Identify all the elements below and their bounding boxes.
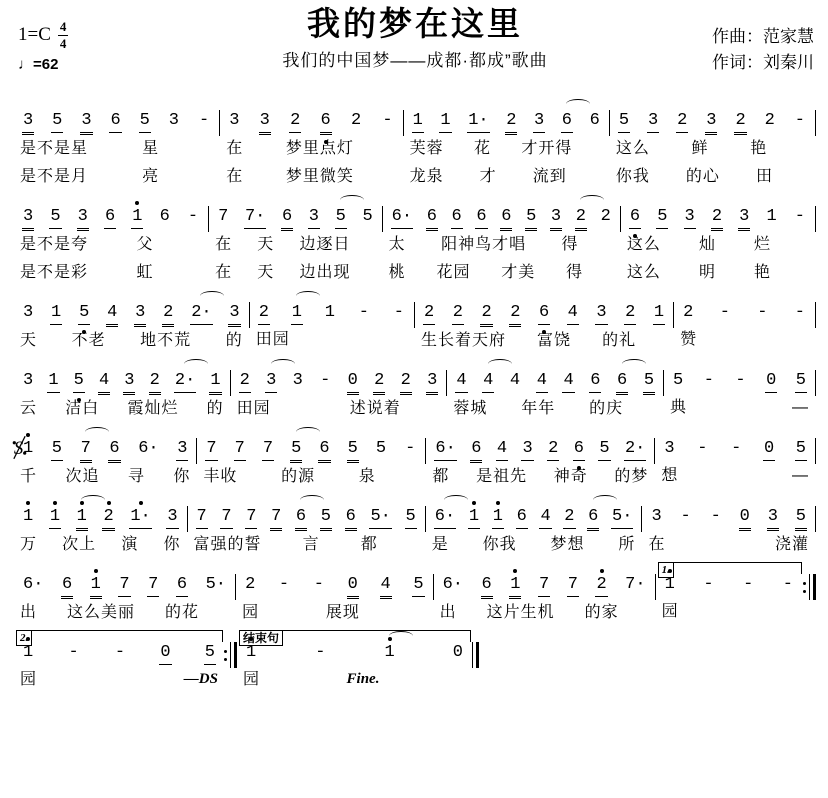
notes-row: 6·617765· <box>14 575 235 599</box>
note: 2 <box>423 303 435 325</box>
duration-dash: - <box>277 575 291 595</box>
note-digit: 2 <box>162 303 174 327</box>
note: 5 <box>335 207 347 229</box>
measure: 353616-是不是夸父是不是彩虹 <box>14 194 208 287</box>
notes-row: 653231- <box>621 207 815 231</box>
note-digit: 2 <box>452 303 464 325</box>
lyrics-row: 蓉城年年的庆 <box>447 395 663 423</box>
barline-single <box>815 206 816 232</box>
note: 2 <box>350 111 362 132</box>
lyric-syllable: 的梦 <box>614 466 648 491</box>
note: 4 <box>482 371 494 393</box>
note: 6 <box>318 439 330 463</box>
note: 2 <box>239 371 251 393</box>
system: 353616-是不是夸父是不是彩虹77·6355在天边逐日在天边出现6·6666… <box>14 194 816 287</box>
slur-arc <box>340 195 364 205</box>
duration-dash: - <box>197 111 211 131</box>
note-digit: 3 <box>292 371 304 392</box>
note: 3 <box>168 111 180 132</box>
note-digit: 3 <box>123 371 135 395</box>
note-digit: 4 <box>98 371 110 395</box>
note: 6 <box>295 507 307 531</box>
measure: 77776565·5富强的誓言都 <box>188 494 425 559</box>
lyric-syllable: 太 <box>389 234 406 259</box>
measure: 3154322·3天不老地不荒的 <box>14 290 249 355</box>
slur-arc <box>300 495 324 505</box>
lyric-syllable: 演 <box>121 534 138 559</box>
note: 7 <box>196 507 208 529</box>
lyric-syllable: 艳 <box>750 138 767 163</box>
note-digit: 5· <box>205 575 227 596</box>
octave-dot-low <box>633 234 637 238</box>
barline-thick <box>476 642 479 668</box>
note-digit: 3 <box>80 111 92 135</box>
note: 4 <box>98 371 110 395</box>
note: 3 <box>228 303 240 327</box>
note-digit: 3 <box>663 439 675 460</box>
slur-arc <box>622 359 646 369</box>
notes-row: 2--045 <box>236 575 433 599</box>
notes-row: 5--05 <box>664 371 815 394</box>
lyric-syllable: 的礼 <box>602 330 636 355</box>
note-digit: 5 <box>78 303 90 325</box>
note-digit: 5 <box>290 439 302 463</box>
note: 1 <box>492 507 504 529</box>
lyric-syllable: 这么 <box>616 138 650 163</box>
measure: 211--田园 <box>250 290 414 355</box>
lyrics-row: 是不是彩虹 <box>14 259 208 287</box>
lyric-syllable: 次上 <box>62 534 96 559</box>
repeat-dots <box>224 642 227 668</box>
note-digit: 1 <box>47 371 59 393</box>
note-digit: 5 <box>795 507 807 531</box>
note-digit: 7 <box>538 575 550 597</box>
note-digit: 6 <box>475 207 487 229</box>
note: 4 <box>536 371 548 393</box>
measure: 111·2366芙蓉花才开得龙泉才流到 <box>404 98 609 191</box>
barline-single <box>815 110 816 136</box>
note: 3 <box>22 207 34 231</box>
octave-dot-high <box>513 569 517 573</box>
note-digit: 2 <box>423 303 435 325</box>
note: 5 <box>139 111 151 133</box>
measure: 15766·3千次追寻你 <box>14 426 196 491</box>
note: 2 <box>764 111 776 132</box>
lyric-syllable: 富强的誓 <box>194 534 262 559</box>
barline-final <box>472 642 479 668</box>
measure: 653231-这么灿烂这么明艳 <box>621 194 815 287</box>
lyrics-row: 芙蓉花才开得 <box>404 135 609 163</box>
song-subtitle: 我们的中国梦——成都·都成”歌曲 <box>14 46 816 71</box>
note-digit: 7 <box>196 507 208 529</box>
note: 5 <box>290 439 302 463</box>
note: 2 <box>509 303 521 327</box>
measure: 结束句1-10园Fine. <box>237 630 472 694</box>
measure: 222264321生长着天府富饶的礼 <box>415 290 673 355</box>
note-digit: 2 <box>258 303 270 325</box>
note: 7 <box>245 507 257 529</box>
note-digit: 4 <box>536 371 548 393</box>
note: 2 <box>595 575 607 597</box>
barline-thin <box>230 642 231 668</box>
lyric-syllable: 田园 <box>237 398 271 423</box>
octave-dot-high <box>139 501 143 505</box>
measure: 233-0223田园述说着 <box>231 358 447 423</box>
header: 1=C 4 4 ♩=62 我的梦在这里 我们的中国梦——成都·都成”歌曲 作曲：… <box>14 4 816 96</box>
note-digit: 2 <box>239 371 251 393</box>
note: 2 <box>676 111 688 133</box>
notes-row: 1--05 <box>14 643 224 666</box>
lyrics-row: 是不是星星 <box>14 135 219 163</box>
note-digit: 0 <box>765 371 777 393</box>
note-digit: 2 <box>734 111 746 135</box>
note: 2 <box>682 303 694 324</box>
lyric-syllable: 赞 <box>680 329 697 354</box>
note: 4 <box>496 439 508 461</box>
note: 6 <box>616 371 628 395</box>
note: 1 <box>50 303 62 325</box>
lyric-syllable: 浇灌 <box>775 534 809 559</box>
note: 4 <box>455 371 467 393</box>
note: 7 <box>147 575 159 597</box>
octave-dot-high <box>600 569 604 573</box>
octave-dot-high <box>26 637 30 641</box>
system: 353653-是不是星星是不是月亮33262-在梦里点灯在梦里微笑111·236… <box>14 98 816 191</box>
note-digit: 7 <box>217 207 229 228</box>
measure: 532322-这么鲜艳你我的心田 <box>610 98 815 191</box>
note-digit: 6 <box>589 111 601 132</box>
octave-dot-high <box>26 433 30 437</box>
lyric-syllable: 田 <box>756 166 773 191</box>
note: 3 <box>738 207 750 231</box>
note: 6· <box>434 507 456 529</box>
barline-thin <box>815 438 816 464</box>
note-digit: 3 <box>521 439 533 461</box>
barline-thick <box>813 574 816 600</box>
lyric-syllable: 在 <box>226 138 243 163</box>
time-denominator: 4 <box>58 36 69 51</box>
note: 2 <box>244 575 256 596</box>
lyric-syllable: 述说着 <box>350 398 401 423</box>
note-digit: 2 <box>563 507 575 529</box>
measure: 5--05典— <box>664 358 815 423</box>
note: 6 <box>176 575 188 597</box>
note-digit: 3 <box>22 111 34 135</box>
duration-dash: - <box>701 575 715 595</box>
note-digit: 6 <box>159 207 171 228</box>
note: 6· <box>442 575 464 596</box>
note: 3 <box>259 111 271 135</box>
duration-dash: - <box>733 371 747 391</box>
note: 2 <box>480 303 492 327</box>
note: 5 <box>73 371 85 393</box>
note-digit: 6 <box>426 207 438 231</box>
lyric-syllable: 是 <box>432 534 449 559</box>
note-digit: 3 <box>176 439 188 461</box>
lyric-syllable: 才美 <box>501 262 535 287</box>
note: 7 <box>538 575 550 597</box>
repeat-dot <box>803 590 806 593</box>
lyrics-row: 出这么美丽的花 <box>14 599 235 627</box>
song-title: 我的梦在这里 <box>14 4 816 44</box>
duration-dash: - <box>113 643 127 663</box>
note: 6 <box>589 111 601 132</box>
lyric-syllable: 亮 <box>142 166 159 191</box>
lyric-syllable: 都 <box>361 534 378 559</box>
note-digit: 4 <box>455 371 467 393</box>
note-digit: 6 <box>108 439 120 463</box>
note: 7 <box>80 439 92 463</box>
note: 2 <box>711 207 723 231</box>
sheet-music-page: 1=C 4 4 ♩=62 我的梦在这里 我们的中国梦——成都·都成”歌曲 作曲：… <box>0 0 828 798</box>
note: 6 <box>587 507 599 531</box>
note: 2· <box>624 439 646 461</box>
lyric-syllable: 的花 <box>165 602 199 627</box>
note: 3 <box>22 371 34 392</box>
lyric-syllable: 次追 <box>65 466 99 491</box>
note: 0 <box>765 371 777 393</box>
note-digit: 3 <box>308 207 320 229</box>
lyric-syllable: 所 <box>618 534 635 559</box>
lyric-syllable: 万 <box>20 534 37 559</box>
note-digit: 5 <box>347 439 359 463</box>
note: 4 <box>567 303 579 325</box>
note-digit: 4 <box>482 371 494 393</box>
repeat-dot <box>224 650 227 653</box>
note: 3 <box>176 439 188 461</box>
note-digit: 2 <box>711 207 723 231</box>
notes-row: 77·6355 <box>209 207 382 231</box>
note-digit: 1 <box>765 207 777 228</box>
note: 1 <box>384 643 396 664</box>
note: 3 <box>767 507 779 531</box>
lyrics-row: 这么鲜艳 <box>610 135 815 163</box>
note-digit: 5 <box>73 371 85 393</box>
barline-repeat <box>224 642 237 668</box>
note: 6 <box>470 439 482 463</box>
note: 5 <box>525 207 537 231</box>
note: 3 <box>684 207 696 229</box>
note: 0 <box>159 643 171 665</box>
note-digit: 1 <box>324 303 336 324</box>
note: 6 <box>159 207 171 228</box>
octave-dot-low <box>82 330 86 334</box>
note-digit: 6 <box>538 303 550 325</box>
note-digit: 1 <box>209 371 221 395</box>
notes-row: 6·1164265· <box>426 507 642 531</box>
note: 6 <box>426 207 438 231</box>
note-digit: 0 <box>739 507 751 531</box>
note: 6 <box>345 507 357 531</box>
lyrics-row: 天不老地不荒的 <box>14 327 249 355</box>
note: 0 <box>739 507 751 531</box>
note-digit: 2 <box>244 575 256 596</box>
lyrics-row: 典— <box>664 394 815 422</box>
note-digit: 1 <box>22 439 34 460</box>
note-digit: 5 <box>361 207 373 228</box>
notes-row: 6·617727· <box>434 575 655 599</box>
notes-row: 222264321 <box>415 303 673 327</box>
note-digit: 3 <box>228 303 240 327</box>
volta-bracket: 1. <box>658 562 802 574</box>
note-digit: 3 <box>705 111 717 135</box>
note-digit: 2 <box>480 303 492 327</box>
note: 6 <box>109 111 121 133</box>
lyrics-row: 你我的心田 <box>610 163 815 191</box>
note-digit: 3 <box>22 207 34 231</box>
lyricist-credit: 作词：刘秦川 <box>712 50 814 76</box>
lyric-syllable: 地不荒 <box>140 330 191 355</box>
duration-dash: - <box>312 575 326 595</box>
lyric-syllable: 灿 <box>699 234 716 259</box>
lyrics-row: 都是祖先神奇的梦 <box>426 463 654 491</box>
note: 5 <box>51 439 63 461</box>
lyric-syllable: 园 <box>662 601 679 626</box>
lyrics-row: 园—DS <box>14 666 224 694</box>
note-digit: 3 <box>77 207 89 231</box>
note: 7· <box>624 575 646 596</box>
note-digit: 6 <box>481 575 493 599</box>
lyrics-row: 在梦里点灯 <box>220 135 402 163</box>
note-digit: 1 <box>49 507 61 529</box>
note: 3 <box>650 507 662 528</box>
note-digit: 2 <box>676 111 688 133</box>
note: 2 <box>600 207 612 228</box>
key-time-tempo: 1=C 4 4 ♩=62 <box>18 20 68 73</box>
measure: 2--045园展现 <box>236 562 433 627</box>
note-digit: 5 <box>375 439 387 460</box>
lyric-syllable: 在 <box>226 166 243 191</box>
note-digit: 6 <box>295 507 307 531</box>
system: 3154322·1云洁白霞灿烂的233-0223田园述说着44444665蓉城年… <box>14 358 816 423</box>
note-digit: 5 <box>525 207 537 231</box>
lyric-syllable: 得 <box>566 262 583 287</box>
note: 5 <box>49 207 61 229</box>
lyric-syllable: 梦里点灯 <box>286 138 354 163</box>
lyrics-row: 桃花园才美得 <box>383 259 620 287</box>
lyric-syllable: 想 <box>661 465 678 490</box>
note: 1 <box>90 575 102 599</box>
duration-dash: - <box>793 111 807 131</box>
note-digit: 3 <box>738 207 750 231</box>
lyric-syllable: 在 <box>215 234 232 259</box>
note: 3 <box>77 207 89 231</box>
notes-row: 1-10 <box>237 643 472 666</box>
note: 5 <box>795 371 807 393</box>
note: 5 <box>795 507 807 531</box>
lyric-syllable: 芙蓉 <box>410 138 444 163</box>
note-digit: 3 <box>22 303 34 324</box>
note-digit: 1 <box>664 575 676 596</box>
measure: 7775655-丰收的源泉 <box>197 426 425 491</box>
note: 5 <box>78 303 90 325</box>
volta-bracket: 2. <box>16 630 223 642</box>
barline-thin <box>809 574 810 600</box>
lyrics-row: 在天边逐日 <box>209 231 382 259</box>
measure: 11121·3万次上演你 <box>14 494 187 559</box>
note: 5· <box>611 507 633 529</box>
note-digit: 3 <box>228 111 240 132</box>
note-digit: 1 <box>22 643 34 664</box>
note: 5 <box>375 439 387 460</box>
measure: 6·6432652·都是祖先神奇的梦 <box>426 426 654 491</box>
lyrics-row: 田园 <box>250 326 414 354</box>
note: 7 <box>262 439 274 461</box>
notes-row: 3--05 <box>655 439 815 462</box>
lyric-syllable: 梦想 <box>551 534 585 559</box>
note-digit: 2 <box>595 575 607 597</box>
notes-row: 33262- <box>220 111 402 135</box>
slur-arc <box>593 495 617 505</box>
note-digit: 2 <box>682 303 694 324</box>
lyric-syllable: 在 <box>215 262 232 287</box>
note: 6· <box>22 575 44 596</box>
note-digit: 6· <box>22 575 44 596</box>
note-digit: 7 <box>567 575 579 597</box>
barline-thin <box>815 206 816 232</box>
duration-dash: - <box>392 303 406 323</box>
lyrics-row: 是不是月亮 <box>14 163 219 191</box>
duration-dash: - <box>741 575 755 595</box>
note-digit: 0 <box>159 643 171 665</box>
note-digit: 7 <box>262 439 274 461</box>
slur-arc <box>81 495 105 505</box>
note-digit: 6· <box>137 439 159 460</box>
note-digit: 1 <box>439 111 451 133</box>
octave-dot-high <box>107 501 111 505</box>
note: 6· <box>137 439 159 460</box>
note: 6 <box>475 207 487 229</box>
note: 4 <box>562 371 574 393</box>
note: 3 <box>550 207 562 231</box>
note-digit: 5 <box>51 111 63 133</box>
notes-row: 6·66665322 <box>383 207 620 231</box>
lyric-syllable: 花园 <box>436 262 470 287</box>
note: 2 <box>373 371 385 395</box>
note: 4 <box>539 507 551 529</box>
barline-thin <box>815 370 816 396</box>
lyric-syllable: 龙泉 <box>410 166 444 191</box>
note-digit: 3 <box>259 111 271 135</box>
octave-dot-low <box>577 466 581 470</box>
notes-row: 233-0223 <box>231 371 447 395</box>
lyric-syllable: 父 <box>137 234 154 259</box>
note-digit: 4 <box>509 371 521 392</box>
octave-dot-high <box>249 637 253 641</box>
lyric-syllable: 园 <box>243 669 260 694</box>
note: 3 <box>22 303 34 324</box>
note: 3 <box>705 111 717 135</box>
key-signature: 1=C <box>18 24 51 46</box>
note: 5 <box>656 207 668 229</box>
note: 3 <box>22 111 34 135</box>
barline-repeat <box>803 574 816 600</box>
note-digit: 3 <box>265 371 277 393</box>
note: 2 <box>452 303 464 325</box>
note-digit: 2 <box>289 111 301 133</box>
note: 5· <box>369 507 391 529</box>
note: 7 <box>220 507 232 529</box>
octave-dot-high <box>472 501 476 505</box>
measure: 44444665蓉城年年的庆 <box>447 358 663 423</box>
note: 2 <box>400 371 412 395</box>
barline-single <box>815 370 816 396</box>
notes-row: 11121·3 <box>14 507 187 531</box>
note: 1 <box>468 507 480 529</box>
notes-row: 3--035 <box>642 507 815 531</box>
system: S15766·3千次追寻你7775655-丰收的源泉6·6432652·都是祖先… <box>14 426 816 491</box>
note-digit: 7 <box>80 439 92 463</box>
